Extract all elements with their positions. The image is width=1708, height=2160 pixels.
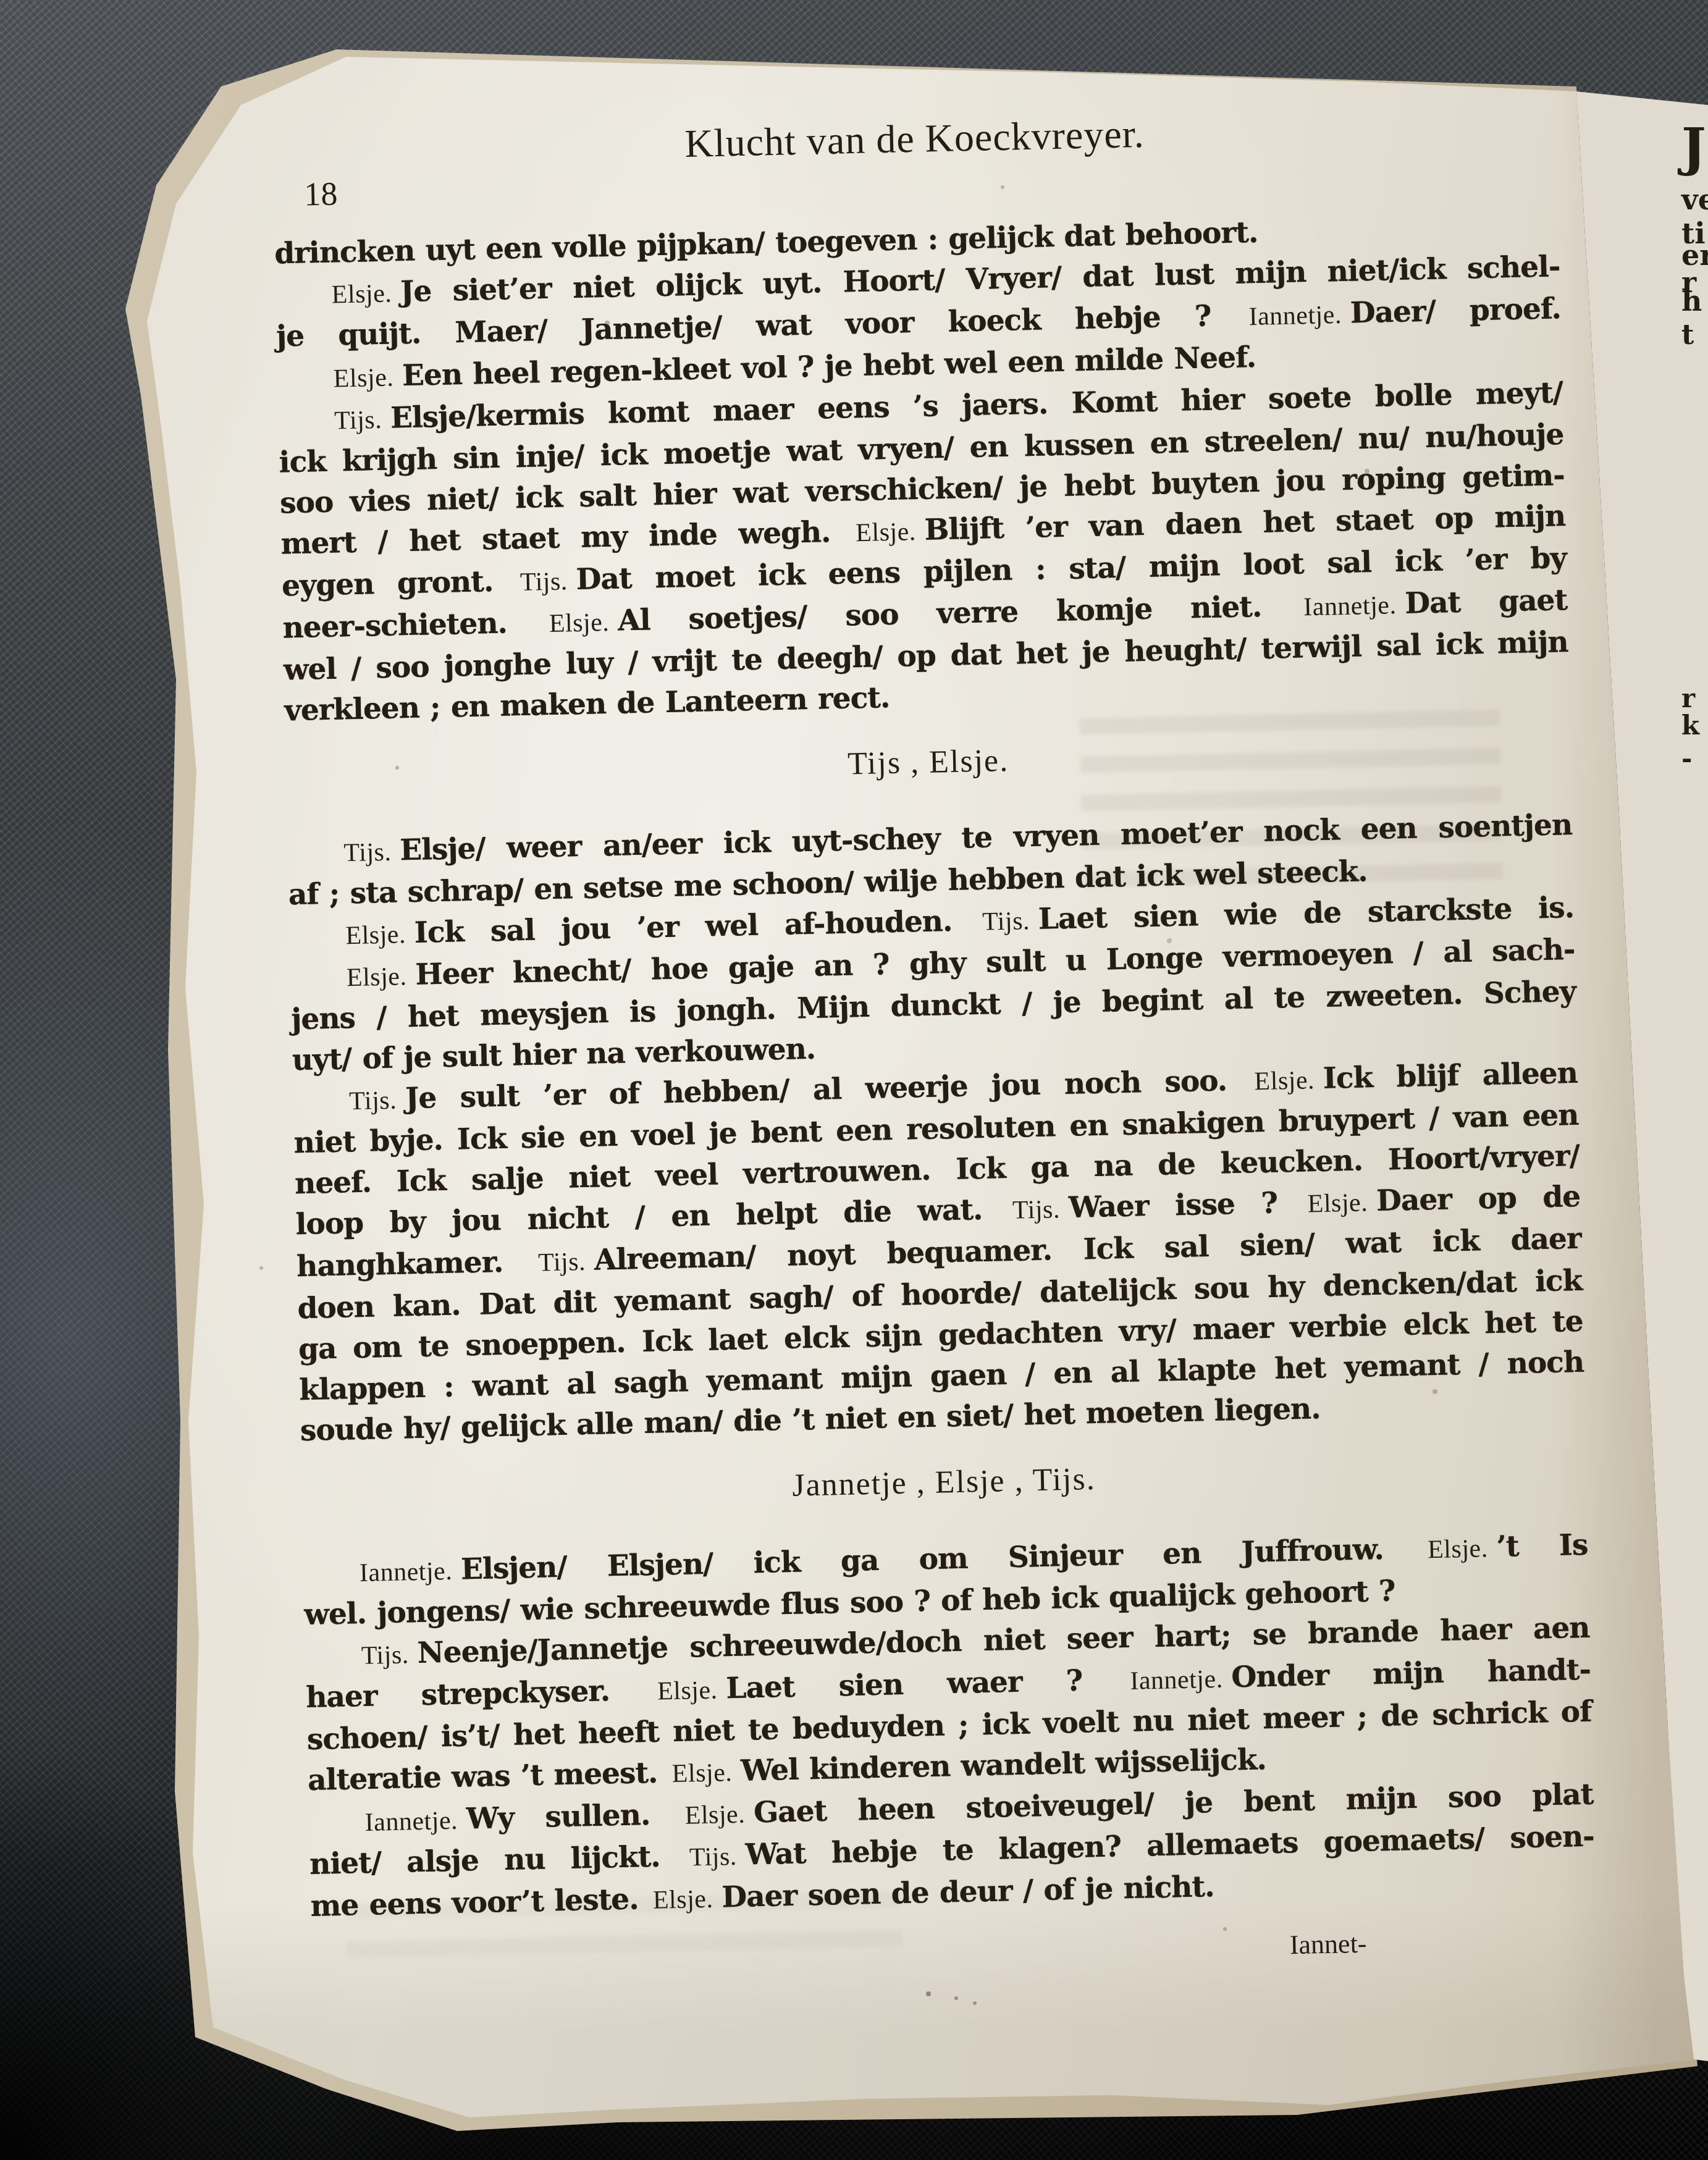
speech-text: Laet sien waer ? bbox=[726, 1663, 1127, 1705]
speaker-name: Elsje. bbox=[1250, 1066, 1323, 1096]
cutoff-letter: k bbox=[1681, 712, 1708, 740]
speaker-name: Elsje. bbox=[329, 363, 402, 393]
cutoff-letter: J bbox=[1681, 133, 1708, 161]
text-block: 18 Klucht van de Koeckvreyer. drincken u… bbox=[272, 103, 1597, 1982]
catchword: Iannet- bbox=[311, 1923, 1597, 1982]
speaker-name: Iannetje. bbox=[355, 1557, 461, 1587]
book-page: 18 Klucht van de Koeckvreyer. drincken u… bbox=[0, 0, 1708, 2160]
speaker-name: Elsje. bbox=[852, 518, 925, 548]
speech-text: niet/ alsje nu lijckt. bbox=[309, 1839, 686, 1881]
speech-text: Daer soen de deur / of je nicht. bbox=[721, 1870, 1214, 1914]
speech-text: haer strepckyser. bbox=[306, 1673, 654, 1715]
speech-text: eygen gront. bbox=[281, 564, 516, 603]
speaker-name: Tijs. bbox=[978, 907, 1039, 936]
speech-text: Laet sien wie de starckste is. bbox=[1038, 891, 1574, 936]
speech-text: Waer isse ? bbox=[1068, 1186, 1304, 1225]
book-photo: Jvetierrhtrk- 18 Klucht van de Koeckvrey… bbox=[0, 0, 1708, 2160]
scene-heading: Tijs , Elsje. bbox=[285, 728, 1571, 797]
speaker-name: Tijs. bbox=[357, 1641, 418, 1670]
cutoff-letter: - bbox=[1681, 745, 1708, 773]
speaker-name: Tijs. bbox=[685, 1843, 746, 1872]
speaker-name: Elsje. bbox=[545, 608, 618, 639]
speech-text: me eens voor’t leste. bbox=[310, 1882, 649, 1923]
cutoff-letter: t bbox=[1681, 321, 1708, 350]
paper-specks bbox=[0, 0, 4, 4]
speaker-name: Tijs. bbox=[516, 567, 576, 597]
speaker-name: Elsje. bbox=[681, 1800, 754, 1830]
speech-text: Daer op de bbox=[1376, 1180, 1581, 1218]
speech-text: alteratie was ’t meest. bbox=[308, 1755, 669, 1797]
speech-text: mert / het staet my inde wegh. bbox=[280, 515, 852, 561]
speaker-name: Tijs. bbox=[330, 406, 391, 435]
speaker-name: Elsje. bbox=[1424, 1534, 1497, 1565]
speech-text: hanghkamer. bbox=[297, 1245, 535, 1284]
speech-text: uyt/ of je sult hier na verkouwen. bbox=[292, 1032, 815, 1077]
speech-text: Dat gaet bbox=[1405, 583, 1568, 621]
cutoff-letter: ve bbox=[1681, 185, 1708, 214]
speaker-name: Tijs. bbox=[534, 1248, 595, 1277]
speech-text: Wel kinderen wandelt wijsselijck. bbox=[741, 1742, 1267, 1788]
speaker-name: Tijs. bbox=[345, 1086, 406, 1116]
speaker-name: Elsje. bbox=[649, 1885, 721, 1915]
speech-text: Ick sal jou ’er wel af-houden. bbox=[414, 904, 978, 950]
speech-text: Ick blijf alleen bbox=[1323, 1056, 1578, 1096]
speaker-name: Elsje. bbox=[342, 962, 415, 993]
speech-text: ’t Is bbox=[1496, 1528, 1588, 1564]
speech-text: Onder mijn handt- bbox=[1231, 1653, 1591, 1695]
speaker-name: Iannetje. bbox=[361, 1806, 466, 1837]
speaker-name: Iannetje. bbox=[1245, 301, 1350, 332]
speaker-name: Elsje. bbox=[668, 1759, 741, 1789]
page-number: 18 bbox=[304, 174, 338, 213]
speaker-name: Tijs. bbox=[1009, 1195, 1069, 1225]
speaker-name: Elsje. bbox=[342, 920, 414, 951]
speaker-name: Elsje. bbox=[327, 279, 400, 309]
cutoff-letter: r bbox=[1681, 684, 1708, 713]
speaker-name: Tijs. bbox=[340, 838, 400, 867]
cutoff-letter: h bbox=[1681, 287, 1708, 315]
speaker-name: Iannetje. bbox=[1300, 591, 1405, 622]
body-text: drincken uyt een volle pijpkan/ toegeven… bbox=[273, 146, 1596, 1928]
speech-text: neer-schieten. bbox=[282, 605, 545, 645]
speaker-name: Iannetje. bbox=[1126, 1665, 1232, 1696]
speaker-name: Elsje. bbox=[654, 1676, 726, 1706]
speech-text: Wy sullen. bbox=[466, 1797, 681, 1836]
scene-heading: Jannetje , Elsje , Tijs. bbox=[301, 1448, 1587, 1517]
speech-text: Daer/ proef. bbox=[1350, 292, 1561, 330]
speaker-name: Elsje. bbox=[1303, 1188, 1376, 1219]
